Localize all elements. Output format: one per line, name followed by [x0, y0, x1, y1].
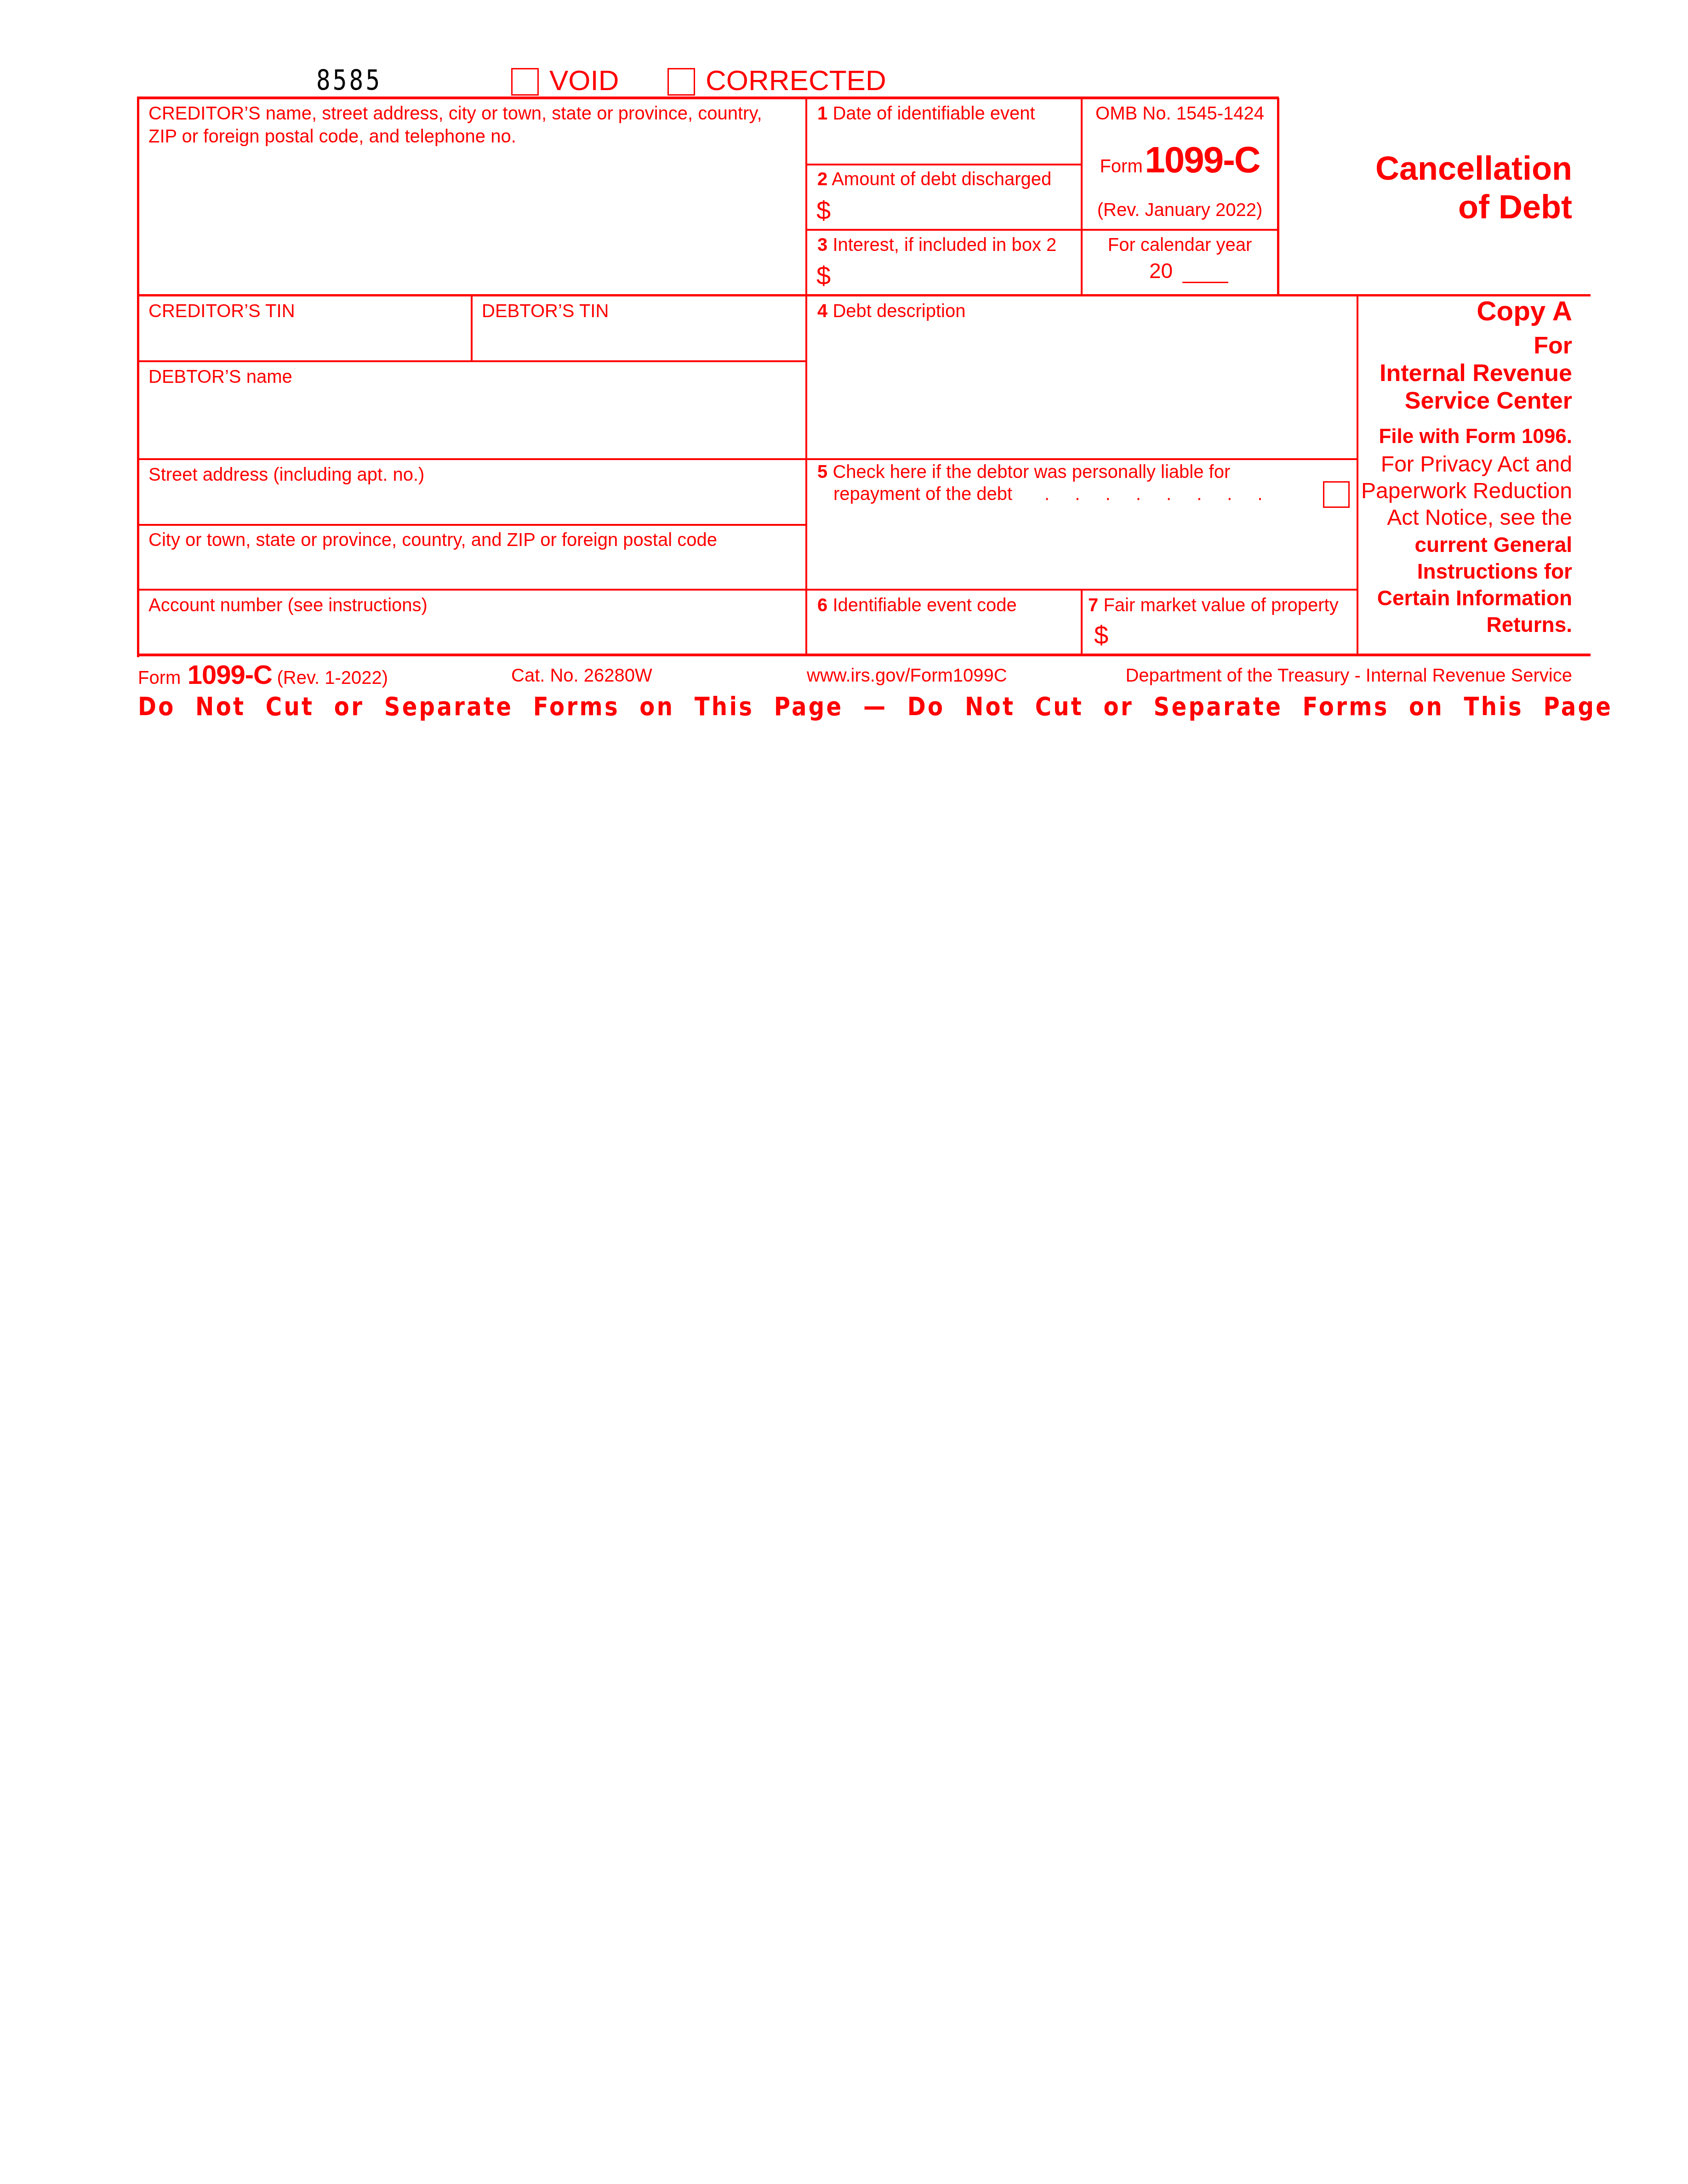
omb-number: OMB No. 1545-1424	[1083, 102, 1277, 125]
creditor-info-label: CREDITOR’S name, street address, city or…	[148, 102, 762, 125]
form-word: Form	[1100, 156, 1142, 176]
void-label: VOID	[549, 64, 619, 97]
file-with-1096: File with Form 1096.	[1361, 425, 1572, 449]
col-line-2353-top	[1081, 98, 1083, 296]
title-line-2: of Debt	[1287, 188, 1572, 227]
col-line-2780	[1277, 98, 1279, 296]
footer-url[interactable]: www.irs.gov/Form1099C	[807, 665, 1007, 686]
title-line-1: Cancellation	[1287, 149, 1572, 188]
form-title-block: Form 1099-C	[1083, 139, 1277, 181]
instructions-line-4: Returns.	[1361, 611, 1572, 638]
corrected-label: CORRECTED	[706, 64, 886, 97]
creditor-tin-label: CREDITOR’S TIN	[148, 300, 295, 323]
debtor-tin-label: DEBTOR’S TIN	[482, 300, 609, 323]
box7-dollar-sign: $	[1094, 621, 1108, 649]
instructions-line-3: Certain Information	[1361, 585, 1572, 611]
calendar-year-field[interactable]	[1182, 263, 1228, 283]
void-checkbox[interactable]	[511, 68, 539, 96]
bottom-border	[137, 654, 1591, 656]
copy-for: For	[1361, 332, 1572, 359]
footer-department: Department of the Treasury - Internal Re…	[1103, 665, 1572, 686]
box5-label-2: repayment of the debt	[833, 483, 1012, 506]
box5-label: 5 Check here if the debtor was personall…	[817, 461, 1230, 483]
calendar-year-label: For calendar year	[1083, 233, 1277, 256]
footer-form-id: Form 1099-C (Rev. 1-2022)	[138, 660, 388, 690]
box4-label: 4 Debt description	[817, 300, 965, 323]
do-not-cut-banner: Do Not Cut or Separate Forms on This Pag…	[138, 692, 1371, 722]
copy-irs-1: Internal Revenue	[1361, 359, 1572, 387]
footer-cat-no: Cat. No. 26280W	[511, 665, 652, 686]
form-code: 8585	[316, 64, 382, 97]
corrected-checkbox[interactable]	[667, 68, 695, 96]
debtor-name-label: DEBTOR’S name	[148, 365, 292, 388]
box7-label: 7 Fair market value of property	[1088, 594, 1339, 617]
form-number: 1099-C	[1145, 139, 1260, 180]
privacy-line-3: Act Notice, see the	[1361, 505, 1572, 531]
copy-irs-2: Service Center	[1361, 387, 1572, 415]
privacy-line-2: Paperwork Reduction	[1361, 478, 1572, 505]
box5-leader-dots: . . . . . . . .	[1044, 483, 1273, 506]
box2-label: 2 Amount of debt discharged	[817, 168, 1051, 191]
city-label: City or town, state or province, country…	[148, 529, 717, 552]
box2-dollar-sign: $	[816, 197, 831, 224]
box3-label: 3 Interest, if included in box 2	[817, 233, 1056, 256]
instructions-line-1: current General	[1361, 531, 1572, 558]
copy-label: Copy A	[1361, 295, 1572, 327]
copy-a-block: Copy A For Internal Revenue Service Cent…	[1361, 294, 1572, 638]
calendar-year: 20	[1149, 258, 1228, 283]
box5-liable-checkbox[interactable]	[1323, 481, 1350, 508]
account-number-label: Account number (see instructions)	[148, 594, 428, 617]
privacy-line-1: For Privacy Act and	[1361, 451, 1572, 478]
col-line-2953	[1357, 296, 1358, 656]
creditor-info-label-2: ZIP or foreign postal code, and telephon…	[148, 125, 516, 148]
box1-label: 1 Date of identifiable event	[817, 102, 1035, 125]
box6-label: 6 Identifiable event code	[817, 594, 1017, 617]
form-revision: (Rev. January 2022)	[1083, 199, 1277, 222]
form-title: Cancellation of Debt	[1287, 149, 1572, 227]
street-address-label: Street address (including apt. no.)	[148, 463, 424, 486]
instructions-line-2: Instructions for	[1361, 558, 1572, 585]
box3-dollar-sign: $	[816, 262, 831, 290]
